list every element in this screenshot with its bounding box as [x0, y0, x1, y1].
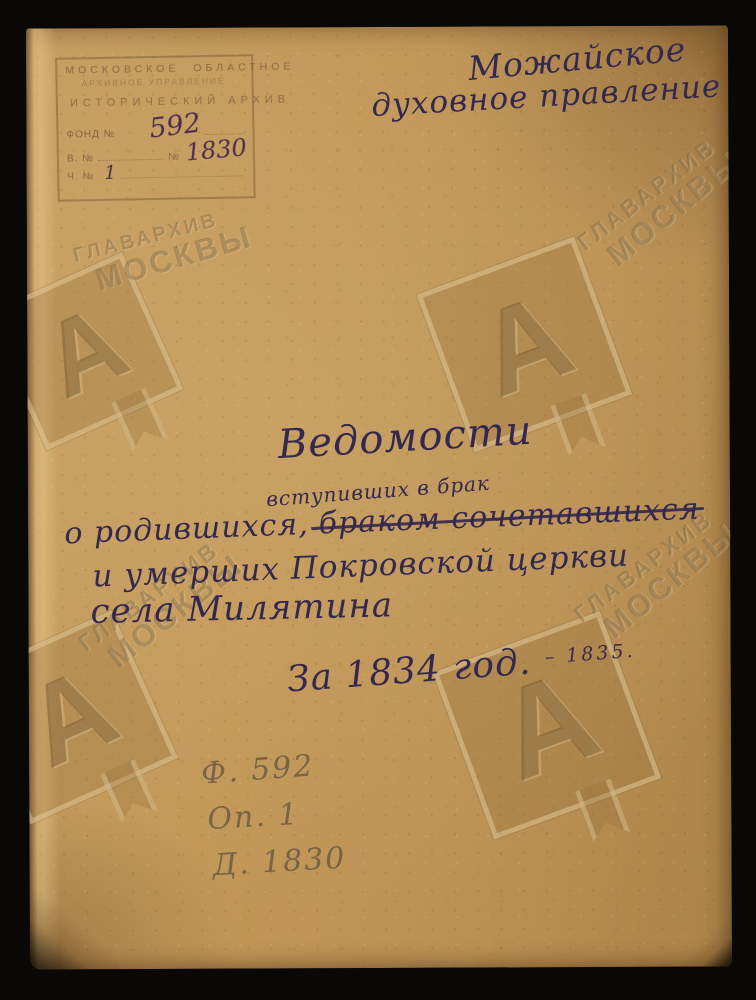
- watermark-letter-a-icon: А: [28, 287, 141, 415]
- stamp-delo-value: 1830: [185, 138, 248, 165]
- stamp-org-line3: ИСТОРИЧЕСКИЙ АРХИВ: [70, 94, 246, 109]
- pencil-opis-reference: Оп. 1: [206, 797, 300, 837]
- stamp-underline: [98, 159, 164, 161]
- corner-wear-top-right: [658, 25, 728, 103]
- watermark-pennant-icon: [575, 779, 631, 847]
- archival-photo-background: А А А А ГЛАВАРХИВ МОСКВЫ ГЛАВАРХИВ МОСКВ…: [0, 0, 756, 1000]
- stamp-part-row: Ч. № 1: [67, 162, 247, 182]
- stamp-org-line1: МОСКОВСКОЕ ОБЛАСТНОЕ: [65, 61, 245, 76]
- title-line1-start: о родившихся,: [64, 507, 310, 552]
- stamp-org-line2: АРХИВНОЕ УПРАВЛЕНИЕ: [81, 75, 245, 88]
- book-cover: А А А А ГЛАВАРХИВ МОСКВЫ ГЛАВАРХИВ МОСКВ…: [26, 25, 732, 969]
- stamp-part-label: Ч. №: [67, 171, 94, 182]
- pencil-delo-reference: Д. 1830: [212, 841, 348, 884]
- stamp-book-label: В. №: [67, 153, 94, 164]
- stamp-underline: [120, 175, 243, 178]
- glavarkhiv-text-watermark: ГЛАВАРХИВ МОСКВЫ: [71, 203, 257, 299]
- stamp-part-value: 1: [104, 165, 116, 182]
- watermark-letter-a-icon: А: [463, 273, 586, 416]
- spine-edge-highlight: [26, 28, 60, 969]
- stamp-fond-label: ФОНД №: [66, 129, 115, 141]
- stamp-delo-label: №: [168, 151, 180, 162]
- title-heading: Ведомости: [277, 408, 534, 468]
- year-added-note: – 1835.: [544, 640, 636, 669]
- archive-stamp: МОСКОВСКОЕ ОБЛАСТНОЕ АРХИВНОЕ УПРАВЛЕНИЕ…: [55, 54, 256, 202]
- corner-wear-bottom-left: [27, 889, 119, 969]
- corner-wear-bottom-right: [680, 904, 732, 968]
- glavarkhiv-text-watermark: ГЛАВАРХИВ МОСКВЫ: [573, 128, 732, 281]
- watermark-pennant-icon: [550, 393, 606, 461]
- pencil-fond-reference: Ф. 592: [200, 748, 316, 791]
- title-line3: села Милятина: [90, 585, 393, 632]
